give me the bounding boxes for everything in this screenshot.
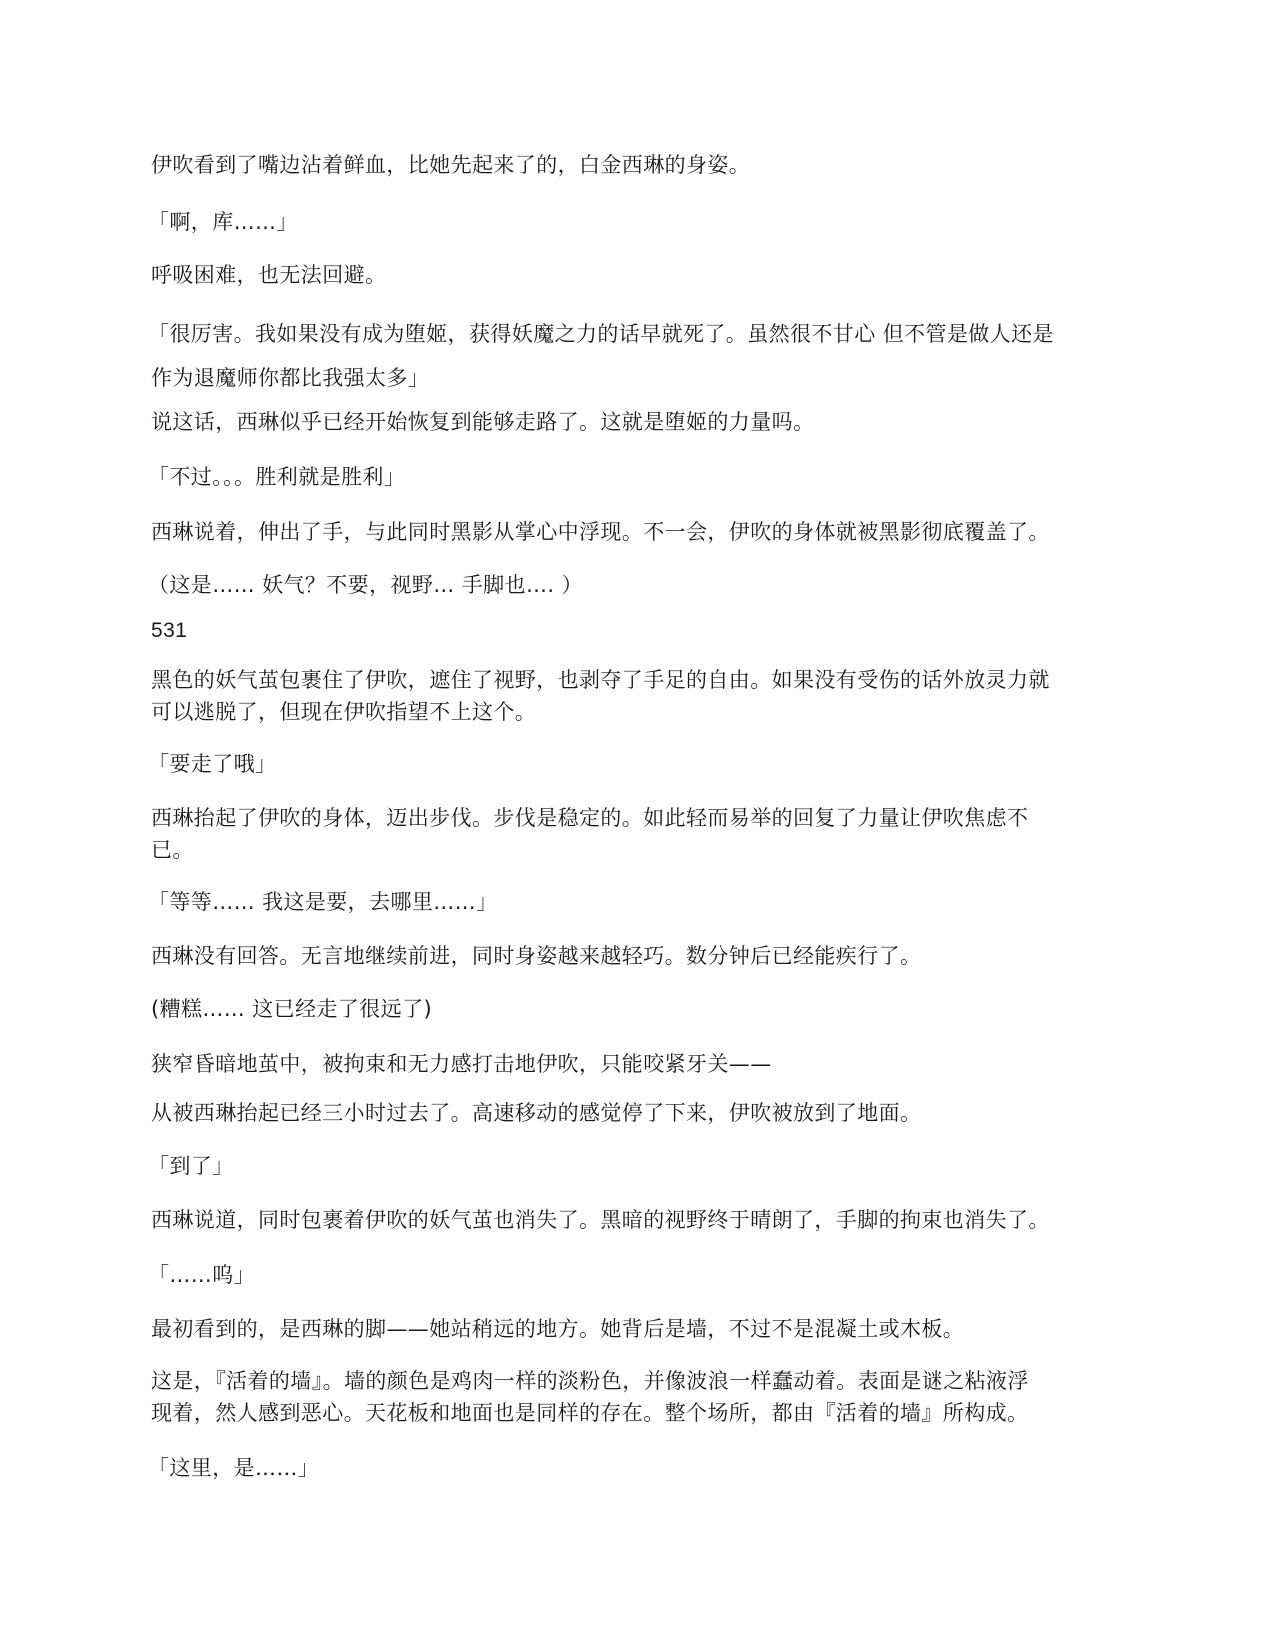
paragraph-dialogue: 「……呜」: [148, 1259, 1118, 1291]
paragraph-dialogue: 「很厉害。我如果没有成为堕姬，获得妖魔之力的话早就死了。虽然很不甘心 但不管是做…: [148, 312, 1118, 400]
paragraph-narration: 伊吹看到了嘴边沾着鲜血，比她先起来了的，白金西琳的身姿。: [151, 149, 1121, 181]
paragraph-line: 这是，『活着的墙』。墙的颜色是鸡肉一样的淡粉色，并像波浪一样蠢动着。表面是谜之粘…: [151, 1365, 1121, 1397]
page-number-marker: 531: [151, 615, 1121, 647]
paragraph-dialogue: 「等等…… 我这是要，去哪里……」: [148, 886, 1118, 918]
paragraph-narration: 说这话，西琳似乎已经开始恢复到能够走路了。这就是堕姬的力量吗。: [151, 406, 1121, 438]
paragraph-line: 黑色的妖气茧包裹住了伊吹，遮住了视野，也剥夺了手足的自由。如果没有受伤的话外放灵…: [151, 664, 1121, 696]
document-page: 伊吹看到了嘴边沾着鲜血，比她先起来了的，白金西琳的身姿。 「啊，库……」 呼吸困…: [0, 0, 1275, 1650]
paragraph-narration: 狭窄昏暗地茧中，被拘束和无力感打击地伊吹，只能咬紧牙关——: [151, 1048, 1121, 1080]
paragraph-narration: 黑色的妖气茧包裹住了伊吹，遮住了视野，也剥夺了手足的自由。如果没有受伤的话外放灵…: [151, 664, 1121, 728]
paragraph-thought: （这是…… 妖气？不要，视野… 手脚也…. ）: [148, 569, 1118, 601]
paragraph-line: 已。: [151, 834, 1121, 866]
paragraph-line: 作为退魔师你都比我强太多」: [151, 356, 1118, 400]
paragraph-line: 现着，然人感到恶心。天花板和地面也是同样的存在。整个场所，都由『活着的墙』所构成…: [151, 1397, 1121, 1429]
paragraph-line: 「很厉害。我如果没有成为堕姬，获得妖魔之力的话早就死了。虽然很不甘心 但不管是做…: [148, 312, 1118, 356]
paragraph-narration: 呼吸困难，也无法回避。: [151, 259, 1121, 291]
paragraph-dialogue: 「要走了哦」: [148, 748, 1118, 780]
paragraph-dialogue: 「这里，是……」: [148, 1452, 1118, 1484]
paragraph-narration: 西琳抬起了伊吹的身体，迈出步伐。步伐是稳定的。如此轻而易举的回复了力量让伊吹焦虑…: [151, 802, 1121, 866]
paragraph-dialogue: 「到了」: [148, 1150, 1118, 1182]
paragraph-narration: 从被西琳抬起已经三小时过去了。高速移动的感觉停了下来，伊吹被放到了地面。: [151, 1097, 1121, 1129]
paragraph-dialogue: 「啊，库……」: [148, 206, 1118, 238]
paragraph-narration: 西琳说道，同时包裹着伊吹的妖气茧也消失了。黑暗的视野终于晴朗了，手脚的拘束也消失…: [151, 1204, 1121, 1236]
paragraph-narration: 最初看到的，是西琳的脚——她站稍远的地方。她背后是墙，不过不是混凝土或木板。: [151, 1313, 1121, 1345]
paragraph-narration: 西琳没有回答。无言地继续前进，同时身姿越来越轻巧。数分钟后已经能疾行了。: [151, 940, 1121, 972]
paragraph-thought: (糟糕…… 这已经走了很远了): [151, 993, 1121, 1025]
paragraph-line: 可以逃脱了，但现在伊吹指望不上这个。: [151, 696, 1121, 728]
paragraph-dialogue: 「不过。。。胜利就是胜利」: [148, 461, 1118, 493]
paragraph-narration: 这是，『活着的墙』。墙的颜色是鸡肉一样的淡粉色，并像波浪一样蠢动着。表面是谜之粘…: [151, 1365, 1121, 1429]
paragraph-narration: 西琳说着，伸出了手，与此同时黑影从掌心中浮现。不一会，伊吹的身体就被黑影彻底覆盖…: [151, 516, 1121, 548]
paragraph-line: 西琳抬起了伊吹的身体，迈出步伐。步伐是稳定的。如此轻而易举的回复了力量让伊吹焦虑…: [151, 802, 1121, 834]
